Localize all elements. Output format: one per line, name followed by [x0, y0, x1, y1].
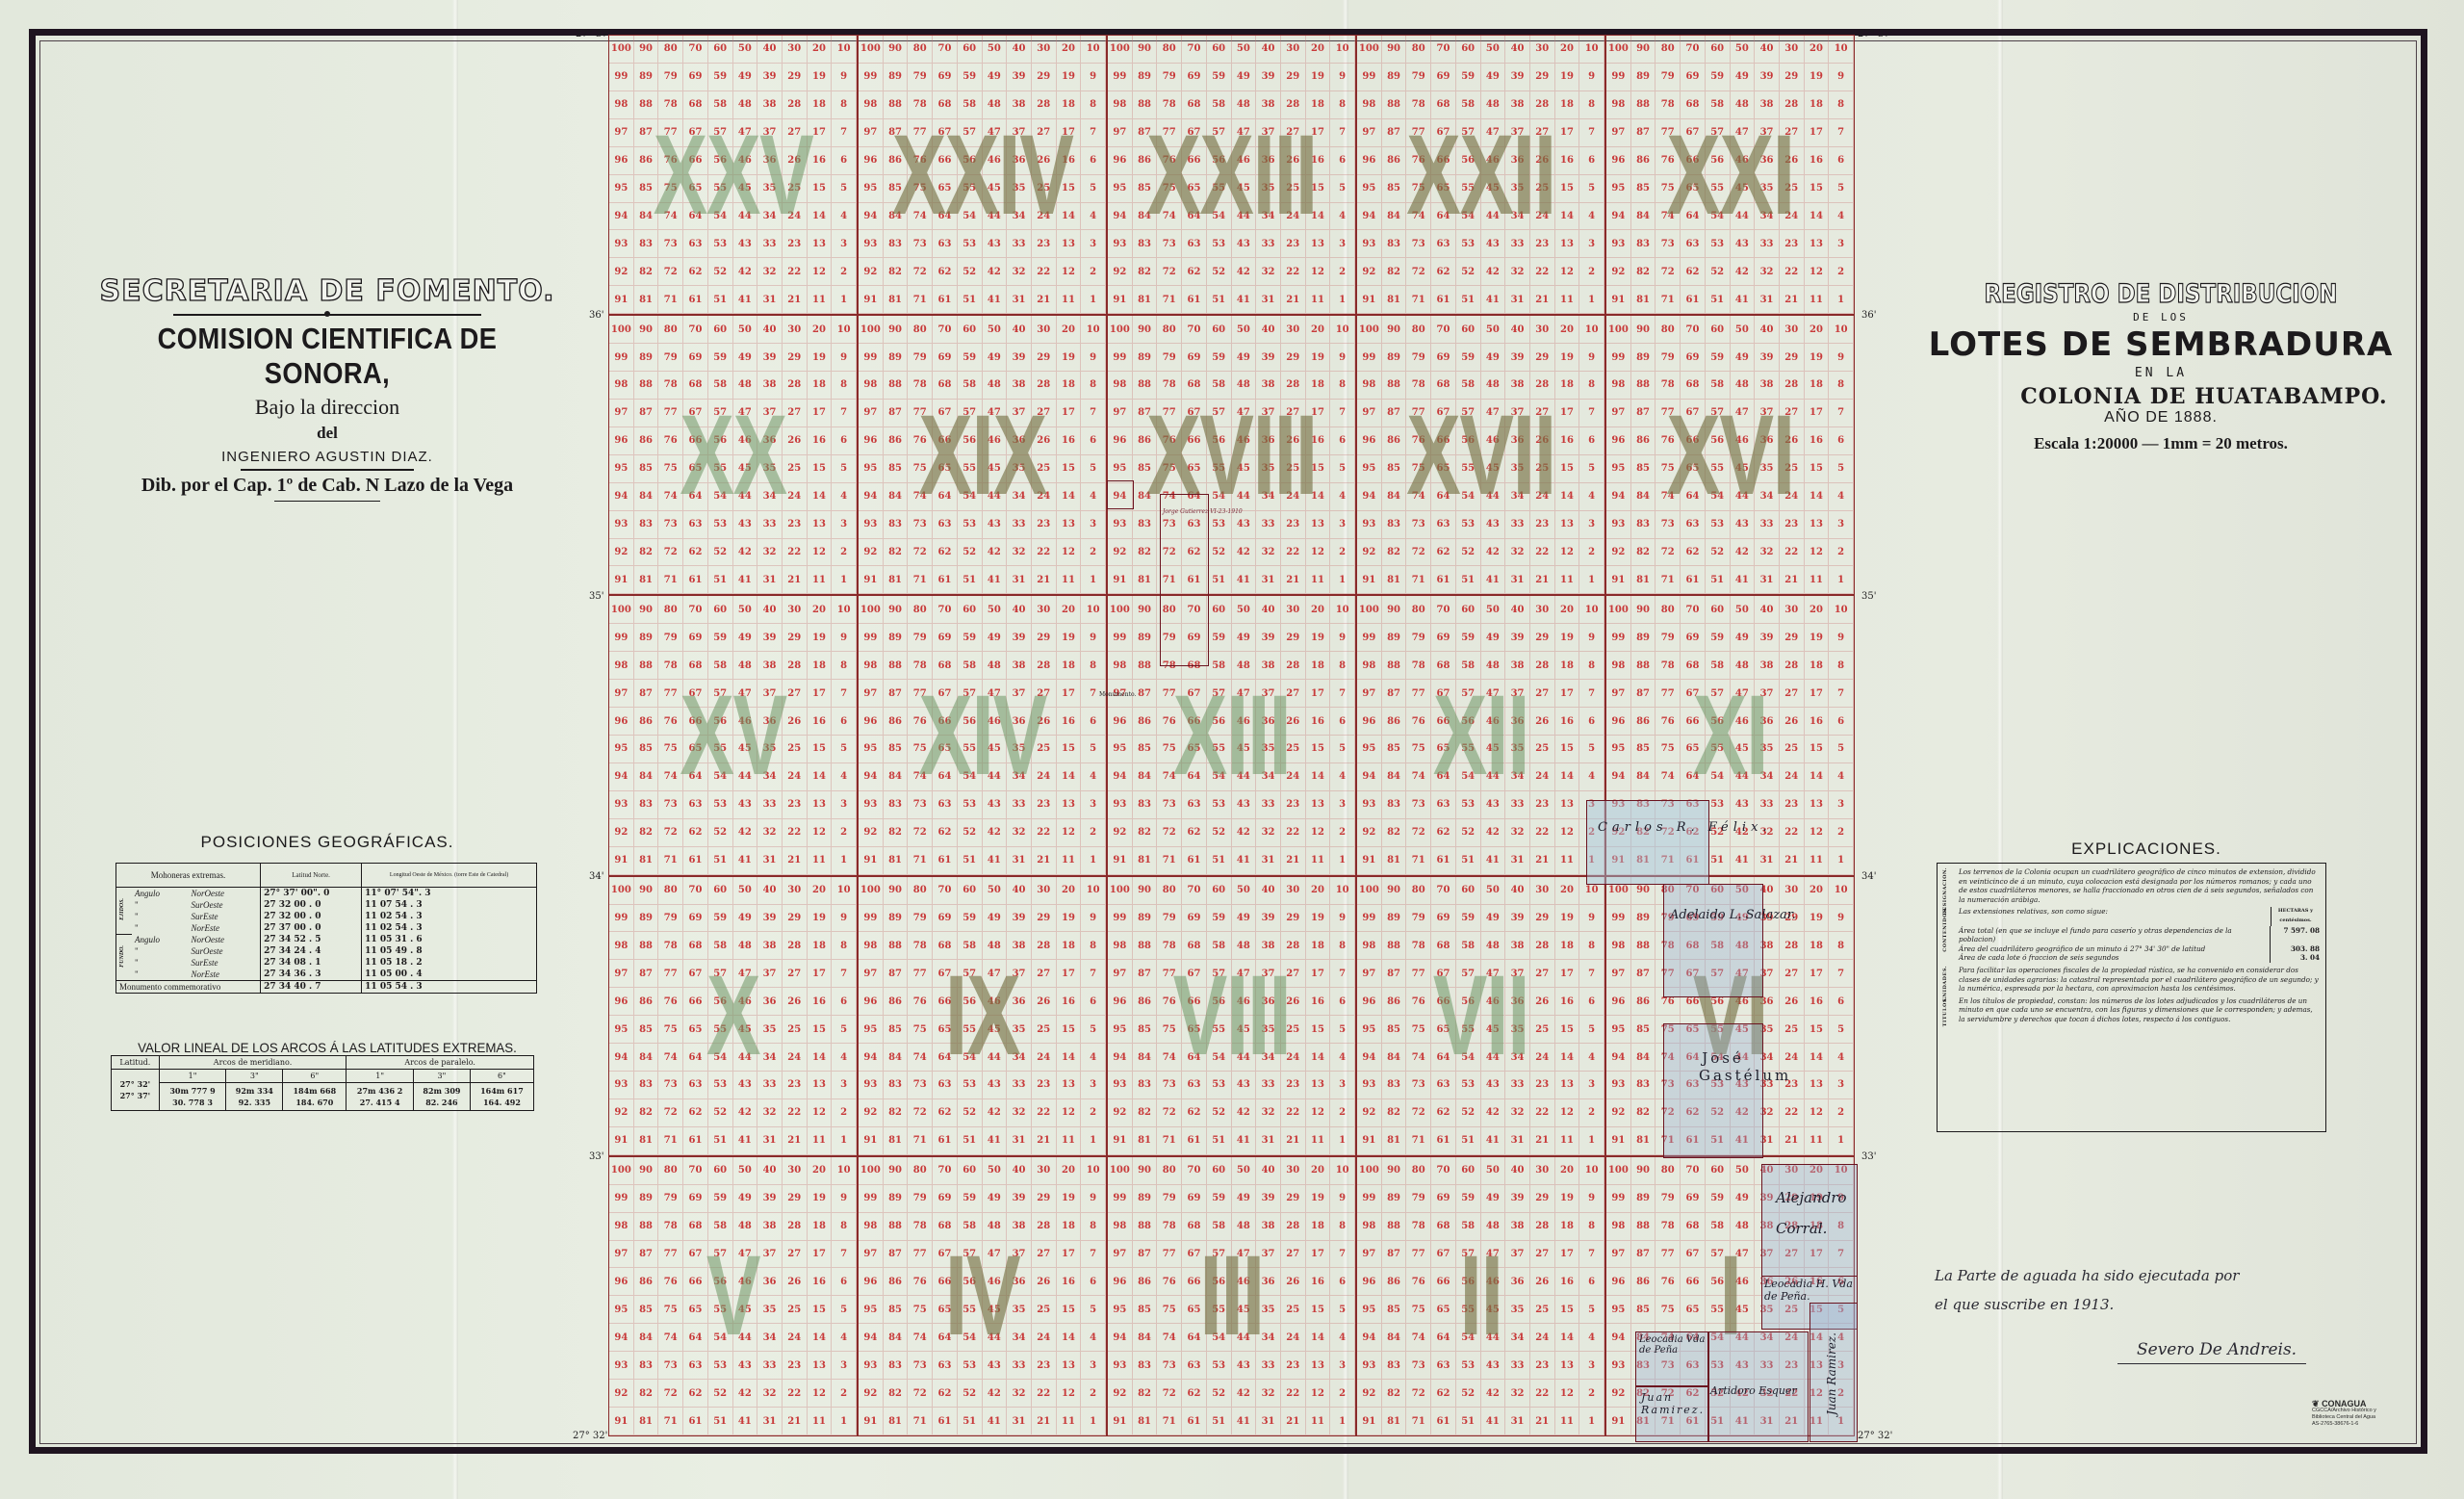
lot-cell: 31 — [1007, 1127, 1032, 1155]
lot-cell: 96 — [1108, 988, 1133, 1016]
lot-cell: 8 — [1829, 932, 1854, 960]
header-paralelo: Arcos de paralelo. — [346, 1056, 534, 1070]
lot-cell: 67 — [933, 1241, 958, 1269]
lot-cell: 49 — [1232, 624, 1257, 652]
lot-cell: 51 — [958, 847, 983, 875]
lot-cell: 54 — [1456, 483, 1481, 511]
lot-cell: 57 — [1456, 1241, 1481, 1269]
lot-cell: 68 — [1431, 932, 1456, 960]
lot-cell: 39 — [1007, 905, 1032, 933]
lot-cell: 45 — [983, 1016, 1008, 1044]
lot-cell: 28 — [1530, 1213, 1555, 1241]
lot-cell: 92 — [1357, 539, 1382, 567]
lot-cell: 11 — [1306, 847, 1331, 875]
lot-cell: 71 — [1157, 286, 1182, 314]
lot-cell: 77 — [1655, 119, 1681, 147]
lot-cell: 83 — [1382, 791, 1407, 819]
lot-cell: 71 — [1406, 1127, 1431, 1155]
lot-cell: 37 — [757, 1241, 783, 1269]
lot-cell: 94 — [1357, 203, 1382, 231]
lot-cell: 70 — [683, 877, 708, 905]
lot-cell: 40 — [1505, 596, 1530, 624]
lot-cell: 59 — [1706, 624, 1731, 652]
lot-cell: 60 — [1706, 1157, 1731, 1185]
lot-cell: 9 — [1829, 624, 1854, 652]
lot-cell: 95 — [1108, 455, 1133, 483]
lot-cell: 24 — [1281, 1044, 1306, 1072]
lot-cell: 16 — [1306, 1268, 1331, 1296]
lot-cell: 57 — [708, 680, 733, 708]
lot-cell: 80 — [1157, 316, 1182, 344]
lot-cell: 4 — [1579, 1044, 1604, 1072]
lot-cell: 87 — [1382, 680, 1407, 708]
lot-cell: 47 — [1232, 960, 1257, 988]
lot-cell: 92 — [1108, 539, 1133, 567]
lot-cell: 22 — [1530, 1099, 1555, 1127]
lot-cell: 48 — [1481, 372, 1506, 400]
lot-cell: 6 — [1579, 427, 1604, 455]
lot-cell: 70 — [1681, 1157, 1706, 1185]
lot-cell: 64 — [933, 763, 958, 791]
lot-cell: 91 — [859, 566, 884, 594]
lot-cell: 46 — [1481, 427, 1506, 455]
lot-cell: 46 — [1731, 427, 1756, 455]
lot-cell: 12 — [1805, 819, 1830, 847]
lot-cell: 99 — [1108, 624, 1133, 652]
lot-cell: 40 — [1256, 1157, 1281, 1185]
lot-cell: 52 — [1456, 1380, 1481, 1408]
lot-cell: 47 — [733, 960, 758, 988]
lot-cell: 33 — [1256, 230, 1281, 258]
lot-cell: 27 — [1281, 400, 1306, 427]
lot-cell: 38 — [1256, 652, 1281, 680]
lot-cell: 36 — [1007, 1268, 1032, 1296]
lot-cell: 10 — [1579, 1157, 1604, 1185]
lot-cell: 3 — [1579, 511, 1604, 539]
lot-cell: 49 — [1232, 64, 1257, 91]
lot-cell: 86 — [1631, 427, 1656, 455]
lot-cell: 17 — [1805, 680, 1830, 708]
lot-cell: 29 — [1281, 64, 1306, 91]
lot-cell: 19 — [808, 1185, 833, 1213]
lot-cell: 36 — [1755, 147, 1780, 175]
lot-cell: 80 — [1157, 877, 1182, 905]
lot-cell: 44 — [1481, 1324, 1506, 1352]
lot-cell: 24 — [1032, 483, 1057, 511]
lot-cell: 93 — [1606, 1352, 1631, 1380]
lot-cell: 29 — [1530, 1185, 1555, 1213]
lot-cell: 43 — [733, 1072, 758, 1099]
lot-cell: 83 — [1631, 511, 1656, 539]
lot-cell: 9 — [832, 905, 857, 933]
lot-cell: 56 — [708, 147, 733, 175]
lot-cell: 70 — [1182, 316, 1207, 344]
lot-cell: 20 — [1555, 1157, 1580, 1185]
lot-cell: 53 — [1456, 511, 1481, 539]
lot-cell: 30 — [783, 36, 808, 64]
lot-cell: 73 — [908, 511, 933, 539]
lot-cell: 12 — [1057, 539, 1082, 567]
lot-cell: 5 — [1081, 736, 1106, 763]
lot-cell: 69 — [1681, 1185, 1706, 1213]
subheader: 3" — [226, 1070, 283, 1083]
lot-cell: 84 — [1133, 1044, 1158, 1072]
lot-cell: 31 — [1256, 286, 1281, 314]
lot-cell: 93 — [1357, 791, 1382, 819]
lot-cell: 86 — [634, 427, 659, 455]
lot-cell: 40 — [757, 36, 783, 64]
lot-cell: 13 — [1306, 1072, 1331, 1099]
lot-cell: 41 — [1481, 286, 1506, 314]
lot-cell: 86 — [1133, 708, 1158, 736]
lot-cell: 75 — [1655, 455, 1681, 483]
lot-cell: 44 — [1731, 763, 1756, 791]
lot-cell: 100 — [1357, 877, 1382, 905]
lot-cell: 86 — [884, 147, 909, 175]
lot-cell: 54 — [1207, 203, 1232, 231]
lot-cell: 65 — [1182, 175, 1207, 203]
lot-cell: 60 — [1706, 36, 1731, 64]
lot-cell: 66 — [1182, 147, 1207, 175]
lot-cell: 60 — [1456, 596, 1481, 624]
lot-cell: 31 — [1256, 1408, 1281, 1435]
lot-cell: 34 — [757, 1044, 783, 1072]
lot-cell: 76 — [658, 147, 683, 175]
lot-cell: 75 — [908, 175, 933, 203]
lot-cell: 68 — [1681, 1213, 1706, 1241]
del-text: del — [77, 424, 577, 443]
lot-cell: 34 — [1256, 203, 1281, 231]
lot-cell: 95 — [1357, 175, 1382, 203]
lot-cell: 10 — [1330, 596, 1355, 624]
lot-cell: 85 — [1133, 1296, 1158, 1324]
lot-cell: 11 — [808, 1408, 833, 1435]
lot-cell: 59 — [708, 64, 733, 91]
lot-cell: 88 — [1133, 1213, 1158, 1241]
lot-cell: 30 — [783, 877, 808, 905]
lot-cell: 77 — [1406, 680, 1431, 708]
lot-cell: 21 — [1530, 1127, 1555, 1155]
lot-cell: 90 — [1133, 316, 1158, 344]
lot-cell: 86 — [1631, 1268, 1656, 1296]
lot-cell: 10 — [832, 316, 857, 344]
lot-cell: 91 — [1357, 566, 1382, 594]
lot-cell: 5 — [1829, 736, 1854, 763]
lot-cell: 40 — [1755, 316, 1780, 344]
lot-cell: 52 — [958, 819, 983, 847]
lot-cell: 21 — [783, 1408, 808, 1435]
lot-cell: 51 — [1706, 566, 1731, 594]
lot-cell: 76 — [908, 427, 933, 455]
lot-cell: 47 — [1481, 680, 1506, 708]
lot-cell: 89 — [884, 905, 909, 933]
lot-cell: 71 — [908, 566, 933, 594]
lot-cell: 56 — [708, 708, 733, 736]
lot-cell: 27 — [1530, 960, 1555, 988]
lot-cell: 86 — [634, 988, 659, 1016]
lot-cell: 65 — [933, 736, 958, 763]
lot-cell: 64 — [1681, 763, 1706, 791]
lot-cell: 35 — [1007, 736, 1032, 763]
lot-cell: 15 — [1805, 1016, 1830, 1044]
lot-cell: 10 — [1330, 877, 1355, 905]
lot-cell: 42 — [1481, 258, 1506, 286]
lot-cell: 26 — [1780, 147, 1805, 175]
lot-cell: 57 — [708, 1241, 733, 1269]
lot-cell: 3 — [1829, 511, 1854, 539]
lot-cell: 34 — [1007, 203, 1032, 231]
lot-cell: 28 — [1281, 1213, 1306, 1241]
lot-cell: 65 — [1182, 455, 1207, 483]
lot-cell: 63 — [683, 1072, 708, 1099]
lot-cell: 43 — [983, 791, 1008, 819]
lot-cell: 21 — [1281, 566, 1306, 594]
lot-cell: 91 — [1606, 286, 1631, 314]
lot-cell: 96 — [1606, 147, 1631, 175]
lot-cell: 15 — [1555, 455, 1580, 483]
lot-cell: 12 — [808, 1380, 833, 1408]
lot-cell: 73 — [658, 511, 683, 539]
lot-cell: 77 — [1157, 680, 1182, 708]
lot-cell: 46 — [983, 147, 1008, 175]
lot-cell: 85 — [884, 175, 909, 203]
lot-cell: 13 — [1057, 791, 1082, 819]
lot-cell: 57 — [1706, 680, 1731, 708]
lot-cell: 1 — [1081, 1127, 1106, 1155]
lot-cell: 7 — [1330, 119, 1355, 147]
lot-cell: 2 — [1081, 1380, 1106, 1408]
lot-cell: 55 — [958, 1296, 983, 1324]
lot-cell: 63 — [1182, 1352, 1207, 1380]
lot-cell: 83 — [1133, 1352, 1158, 1380]
lot-cell: 40 — [1755, 36, 1780, 64]
lot-cell: 27 — [1530, 119, 1555, 147]
lot-cell: 42 — [1731, 258, 1756, 286]
lot-cell: 100 — [609, 316, 634, 344]
lot-cell: 89 — [634, 1185, 659, 1213]
lot-cell: 88 — [634, 91, 659, 119]
lot-cell: 49 — [983, 344, 1008, 372]
lot-cell: 15 — [808, 175, 833, 203]
lot-cell: 53 — [708, 791, 733, 819]
lot-cell: 81 — [1133, 847, 1158, 875]
lot-cell: 60 — [708, 1157, 733, 1185]
lot-cell: 15 — [1555, 1296, 1580, 1324]
lot-cell: 73 — [658, 1072, 683, 1099]
lot-cell: 70 — [933, 877, 958, 905]
lot-cell: 31 — [1505, 566, 1530, 594]
lot-cell: 86 — [1631, 147, 1656, 175]
lot-cell: 49 — [733, 624, 758, 652]
lot-cell: 21 — [783, 566, 808, 594]
lot-cell: 5 — [1829, 175, 1854, 203]
lot-cell: 21 — [1780, 566, 1805, 594]
lot-cell: 71 — [1157, 1127, 1182, 1155]
lot-cell: 80 — [1157, 1157, 1182, 1185]
lot-cell: 100 — [1606, 316, 1631, 344]
subheader: 1" — [159, 1070, 226, 1083]
lot-cell: 20 — [808, 877, 833, 905]
monument-lat: 27 34 40 . 7 — [261, 981, 362, 994]
lot-cell: 81 — [1133, 1127, 1158, 1155]
lot-cell: 28 — [1032, 932, 1057, 960]
lot-cell: 35 — [1505, 1016, 1530, 1044]
lot-cell: 55 — [708, 1296, 733, 1324]
lot-cell: 53 — [708, 511, 733, 539]
lot-cell: 37 — [1256, 119, 1281, 147]
lot-cell: 92 — [1606, 258, 1631, 286]
lot-cell: 81 — [884, 847, 909, 875]
lot-cell: 71 — [1406, 566, 1431, 594]
lot-cell: 57 — [1207, 960, 1232, 988]
lot-cell: 85 — [634, 175, 659, 203]
lot-cell: 24 — [1281, 203, 1306, 231]
lot-cell: 94 — [859, 1044, 884, 1072]
lot-cell: 48 — [1232, 932, 1257, 960]
lot-cell: 42 — [983, 819, 1008, 847]
lot-cell: 18 — [1805, 932, 1830, 960]
lot-cell: 61 — [1182, 286, 1207, 314]
lot-cell: 75 — [658, 175, 683, 203]
lot-cell: 49 — [1232, 344, 1257, 372]
lot-cell: 12 — [1057, 819, 1082, 847]
lot-cell: 39 — [1007, 344, 1032, 372]
lot-cell: 56 — [1456, 1268, 1481, 1296]
lot-cell: 94 — [609, 763, 634, 791]
lot-cell: 20 — [1805, 316, 1830, 344]
lot-cell: 13 — [1805, 511, 1830, 539]
lot-cell: 35 — [757, 1296, 783, 1324]
lot-cell: 87 — [1382, 1241, 1407, 1269]
lot-cell: 1 — [832, 286, 857, 314]
lot-cell: 65 — [1431, 1016, 1456, 1044]
lot-cell: 84 — [1133, 483, 1158, 511]
lot-cell: 88 — [634, 932, 659, 960]
lot-cell: 6 — [1829, 427, 1854, 455]
lot-cell: 10 — [1579, 596, 1604, 624]
lot-cell: 92 — [1108, 258, 1133, 286]
lot-cell: 12 — [1057, 258, 1082, 286]
lot-cell: 50 — [1232, 36, 1257, 64]
lot-cell: 27 — [1032, 1241, 1057, 1269]
lot-cell: 20 — [1057, 316, 1082, 344]
area-value: 3. 04 — [2270, 953, 2320, 963]
row-prefix: " — [132, 899, 189, 911]
lot-cell: 57 — [1456, 400, 1481, 427]
lot-cell: 84 — [1133, 1324, 1158, 1352]
lot-cell: 68 — [1431, 652, 1456, 680]
lot-cell: 53 — [958, 511, 983, 539]
lot-cell: 69 — [1182, 64, 1207, 91]
lot-cell: 90 — [1382, 1157, 1407, 1185]
lot-cell: 86 — [1133, 1268, 1158, 1296]
lot-cell: 16 — [1306, 988, 1331, 1016]
lot-cell: 84 — [1133, 763, 1158, 791]
lot-cell: 6 — [1829, 708, 1854, 736]
lot-cell: 12 — [1057, 1099, 1082, 1127]
parcel-annotation: Jorge Gutierrez VI-23-1910 — [1163, 508, 1243, 515]
lot-cell: 72 — [1157, 258, 1182, 286]
lot-cell: 70 — [683, 596, 708, 624]
lot-cell: 4 — [1330, 203, 1355, 231]
lot-cell: 16 — [1555, 1268, 1580, 1296]
lot-cell: 92 — [859, 1099, 884, 1127]
lot-cell: 78 — [1157, 1213, 1182, 1241]
lot-cell: 22 — [1780, 258, 1805, 286]
area-value: 303. 88 — [2270, 944, 2320, 954]
lot-cell: 35 — [1505, 455, 1530, 483]
lot-cell: 30 — [1032, 36, 1057, 64]
lot-cell: 46 — [1481, 988, 1506, 1016]
divider — [274, 501, 380, 503]
lot-cell: 16 — [1555, 988, 1580, 1016]
lot-cell: 68 — [683, 1213, 708, 1241]
lot-cell: 99 — [1108, 1185, 1133, 1213]
lot-cell: 27 — [1032, 400, 1057, 427]
lot-cell: 68 — [1182, 1213, 1207, 1241]
lot-cell: 47 — [983, 1241, 1008, 1269]
lot-cell: 88 — [1382, 932, 1407, 960]
lot-cell: 48 — [983, 91, 1008, 119]
lot-cell: 97 — [859, 400, 884, 427]
lot-cell: 13 — [808, 230, 833, 258]
lot-cell: 22 — [1032, 539, 1057, 567]
lot-cell: 55 — [1456, 736, 1481, 763]
lot-cell: 50 — [1232, 316, 1257, 344]
lot-cell: 47 — [1731, 400, 1756, 427]
lot-cell: 79 — [908, 344, 933, 372]
lot-cell: 45 — [983, 736, 1008, 763]
lot-cell: 8 — [832, 652, 857, 680]
lot-cell: 6 — [1330, 708, 1355, 736]
lot-cell: 65 — [683, 175, 708, 203]
lot-cell: 70 — [1681, 316, 1706, 344]
lot-cell: 93 — [859, 791, 884, 819]
lot-cell: 7 — [1579, 680, 1604, 708]
lot-cell: 88 — [884, 372, 909, 400]
lot-cell: 25 — [1281, 1296, 1306, 1324]
group-label: EJIDOS. — [119, 898, 125, 920]
lot-cell: 69 — [1431, 64, 1456, 91]
lot-cell: 32 — [1007, 819, 1032, 847]
lot-cell: 50 — [983, 36, 1008, 64]
lot-cell: 13 — [1805, 1072, 1830, 1099]
lot-cell: 91 — [609, 286, 634, 314]
lot-cell: 66 — [1182, 427, 1207, 455]
lot-cell: 44 — [1481, 763, 1506, 791]
lot-cell: 90 — [634, 596, 659, 624]
lot-cell: 10 — [832, 36, 857, 64]
lot-cell: 38 — [1007, 1213, 1032, 1241]
lot-cell: 44 — [983, 1324, 1008, 1352]
lot-cell: 78 — [1406, 372, 1431, 400]
lot-cell: 16 — [808, 1268, 833, 1296]
lot-cell: 54 — [1207, 763, 1232, 791]
lot-cell: 26 — [1281, 1268, 1306, 1296]
lot-cell: 93 — [1108, 511, 1133, 539]
lot-cell: 50 — [983, 877, 1008, 905]
lot-cell: 55 — [708, 1016, 733, 1044]
lot-cell: 59 — [958, 624, 983, 652]
lot-cell: 81 — [1133, 1408, 1158, 1435]
lot-cell: 21 — [1780, 1127, 1805, 1155]
lot-cell: 56 — [958, 427, 983, 455]
lot-cell: 94 — [1606, 1044, 1631, 1072]
lot-cell: 27 — [1281, 1241, 1306, 1269]
lot-cell: 11 — [1555, 1127, 1580, 1155]
lot-cell: 47 — [1232, 680, 1257, 708]
lot-cell: 29 — [1032, 624, 1057, 652]
